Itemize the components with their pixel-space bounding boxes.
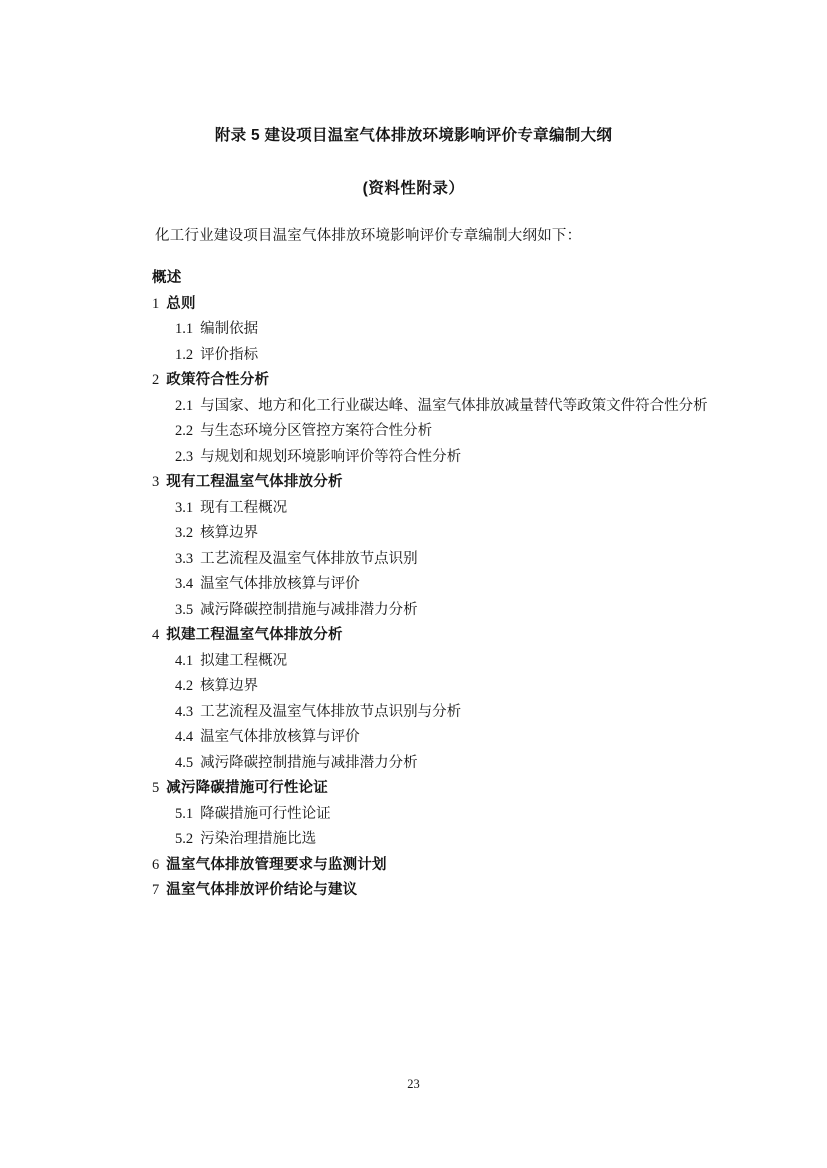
outline-item-label: 核算边界 [200, 678, 258, 694]
outline-item-3-3: 3.3工艺流程及温室气体排放节点识别 [108, 547, 708, 573]
outline-item-3-1: 3.1现有工程概况 [108, 496, 708, 522]
outline-number: 4.4 [175, 729, 193, 745]
outline-item-label: 评价指标 [200, 347, 258, 363]
outline-heading-label: 总则 [166, 296, 195, 312]
outline-item-3-2: 3.2核算边界 [108, 521, 708, 547]
outline-number: 6 [152, 857, 159, 873]
outline-heading-overview: 概述 [108, 266, 708, 292]
outline-heading-label: 政策符合性分析 [166, 372, 269, 388]
outline-item-label: 现有工程概况 [200, 500, 287, 516]
outline-heading-4: 4拟建工程温室气体排放分析 [108, 623, 708, 649]
outline-number: 5.2 [175, 831, 193, 847]
outline-number: 4.5 [175, 755, 193, 771]
document-subtitle: (资料性附录） [0, 176, 827, 198]
outline-number: 1.1 [175, 321, 193, 337]
outline-number: 3.2 [175, 525, 193, 541]
outline-item-1-1: 1.1编制依据 [108, 317, 708, 343]
outline-heading-6: 6温室气体排放管理要求与监测计划 [108, 853, 708, 879]
outline-item-2-3: 2.3与规划和规划环境影响评价等符合性分析 [108, 445, 708, 471]
outline-number: 3.4 [175, 576, 193, 592]
outline-number: 2.2 [175, 423, 193, 439]
outline-item-label: 拟建工程概况 [200, 653, 287, 669]
outline-item-label: 核算边界 [200, 525, 258, 541]
outline-item-4-5: 4.5减污降碳控制措施与减排潜力分析 [108, 751, 708, 777]
outline-number: 3.3 [175, 551, 193, 567]
outline-item-label: 与生态环境分区管控方案符合性分析 [200, 423, 432, 439]
outline-number: 4.2 [175, 678, 193, 694]
outline-item-label: 工艺流程及温室气体排放节点识别 [200, 551, 418, 567]
outline-number: 4.3 [175, 704, 193, 720]
outline-list: 概述 1总则 1.1编制依据 1.2评价指标 2政策符合性分析 2.1与国家、地… [108, 266, 708, 904]
outline-heading-label: 现有工程温室气体排放分析 [166, 474, 342, 490]
outline-heading-2: 2政策符合性分析 [108, 368, 708, 394]
outline-item-label: 工艺流程及温室气体排放节点识别与分析 [200, 704, 461, 720]
outline-heading-3: 3现有工程温室气体排放分析 [108, 470, 708, 496]
outline-heading-label: 拟建工程温室气体排放分析 [166, 627, 342, 643]
document-page: 附录 5 建设项目温室气体排放环境影响评价专章编制大纲 (资料性附录） 化工行业… [0, 0, 827, 1168]
document-title: 附录 5 建设项目温室气体排放环境影响评价专章编制大纲 [0, 123, 827, 145]
outline-item-1-2: 1.2评价指标 [108, 343, 708, 369]
outline-item-4-1: 4.1拟建工程概况 [108, 649, 708, 675]
outline-item-4-4: 4.4温室气体排放核算与评价 [108, 725, 708, 751]
outline-number: 3.5 [175, 602, 193, 618]
outline-heading-label: 温室气体排放评价结论与建议 [166, 882, 357, 898]
outline-heading-label: 概述 [152, 270, 181, 286]
outline-item-label: 编制依据 [200, 321, 258, 337]
outline-item-label: 与规划和规划环境影响评价等符合性分析 [200, 449, 461, 465]
outline-item-4-2: 4.2核算边界 [108, 674, 708, 700]
outline-item-label: 减污降碳控制措施与减排潜力分析 [200, 755, 418, 771]
outline-item-label: 与国家、地方和化工行业碳达峰、温室气体排放减量替代等政策文件符合性分析 [200, 398, 708, 414]
outline-number: 7 [152, 882, 159, 898]
outline-heading-label: 温室气体排放管理要求与监测计划 [166, 857, 387, 873]
outline-number: 5.1 [175, 806, 193, 822]
outline-number: 3.1 [175, 500, 193, 516]
outline-heading-7: 7温室气体排放评价结论与建议 [108, 878, 708, 904]
page-number: 23 [0, 1077, 827, 1092]
outline-number: 1 [152, 296, 159, 312]
outline-heading-1: 1总则 [108, 292, 708, 318]
outline-number: 5 [152, 780, 159, 796]
outline-number: 3 [152, 474, 159, 490]
outline-item-label: 温室气体排放核算与评价 [200, 729, 360, 745]
outline-heading-label: 减污降碳措施可行性论证 [166, 780, 328, 796]
outline-number: 4 [152, 627, 159, 643]
outline-number: 1.2 [175, 347, 193, 363]
outline-item-3-4: 3.4温室气体排放核算与评价 [108, 572, 708, 598]
outline-number: 4.1 [175, 653, 193, 669]
outline-item-label: 降碳措施可行性论证 [200, 806, 331, 822]
outline-number: 2.1 [175, 398, 193, 414]
outline-item-2-2: 2.2与生态环境分区管控方案符合性分析 [108, 419, 708, 445]
outline-item-label: 污染治理措施比选 [200, 831, 316, 847]
outline-item-2-1: 2.1与国家、地方和化工行业碳达峰、温室气体排放减量替代等政策文件符合性分析 [108, 394, 708, 420]
outline-number: 2.3 [175, 449, 193, 465]
intro-paragraph: 化工行业建设项目温室气体排放环境影响评价专章编制大纲如下： [108, 226, 714, 246]
outline-item-5-2: 5.2污染治理措施比选 [108, 827, 708, 853]
outline-heading-5: 5减污降碳措施可行性论证 [108, 776, 708, 802]
outline-item-3-5: 3.5减污降碳控制措施与减排潜力分析 [108, 598, 708, 624]
outline-item-5-1: 5.1降碳措施可行性论证 [108, 802, 708, 828]
outline-item-label: 减污降碳控制措施与减排潜力分析 [200, 602, 418, 618]
outline-number: 2 [152, 372, 159, 388]
outline-item-label: 温室气体排放核算与评价 [200, 576, 360, 592]
outline-item-4-3: 4.3工艺流程及温室气体排放节点识别与分析 [108, 700, 708, 726]
